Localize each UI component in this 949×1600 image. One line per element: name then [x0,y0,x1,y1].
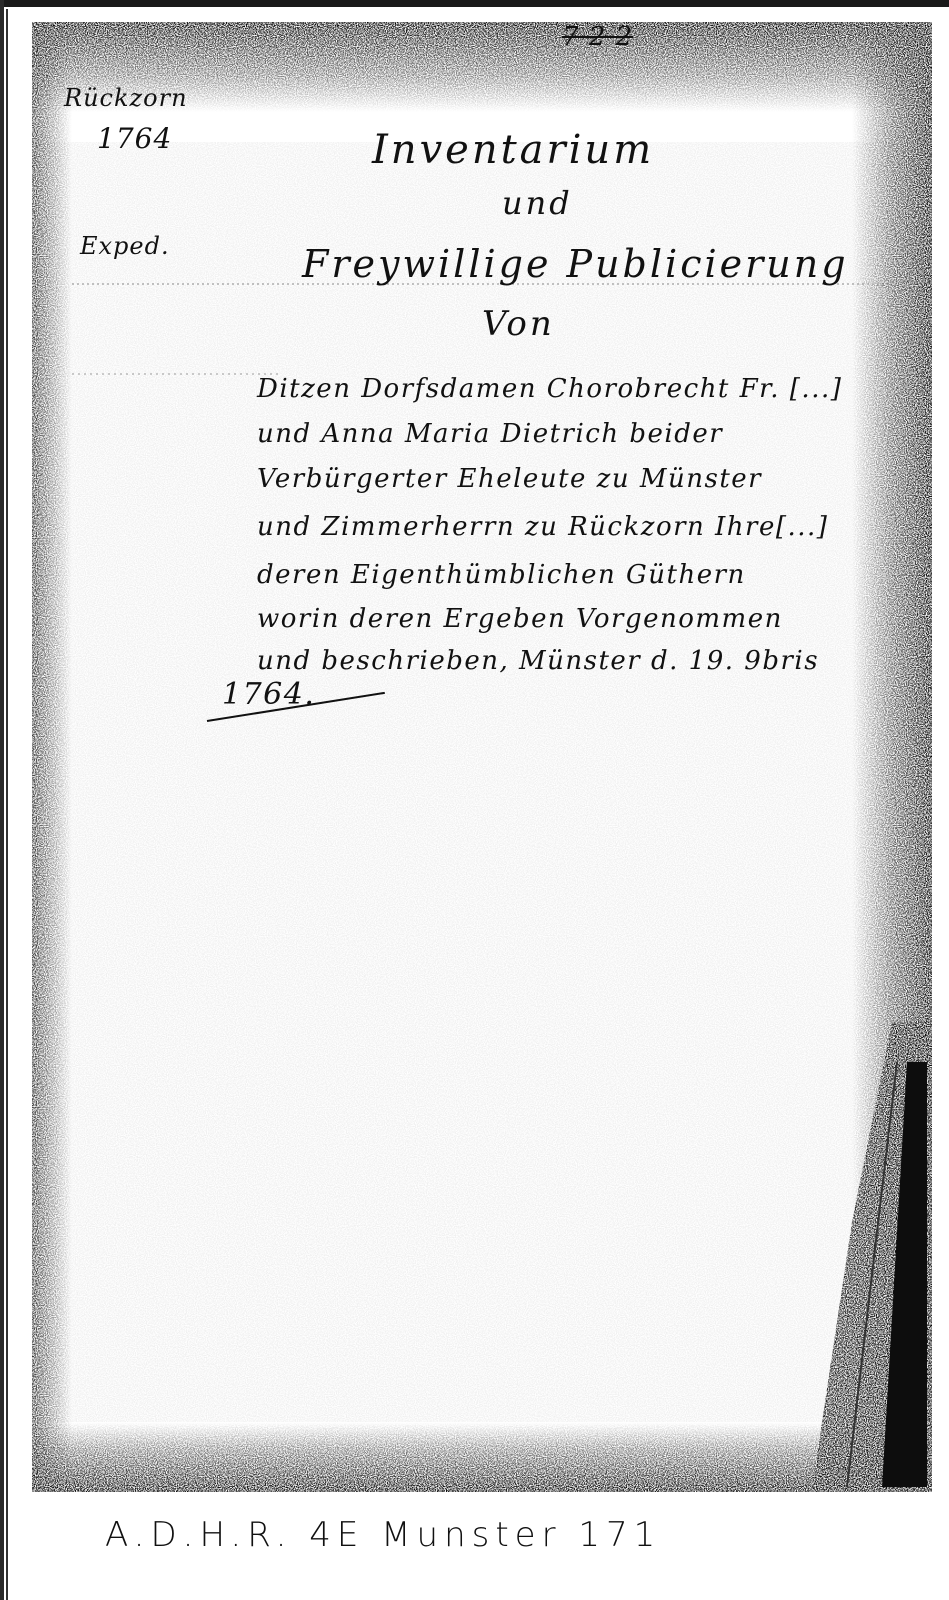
body-line-5: deren Eigenthümblichen Güthern [257,560,746,590]
body-line-3: Verbürgerter Eheleute zu Münster [257,464,762,494]
archive-reference: A.D.H.R. 4E Munster 171 [105,1515,661,1555]
title-von: Von [482,304,555,344]
struck-page-number: 7 2 2 [562,22,633,52]
title-freywillige-publicierung: Freywillige Publicierung [302,242,849,286]
body-line-7: und beschrieben, Münster d. 19. 9bris [257,646,819,676]
title-und: und [502,184,573,222]
body-line-4: und Zimmerherrn zu Rückzorn Ihre[...] [257,512,828,542]
scan-top-border [0,0,949,7]
margin-note-expedition: Exped. [80,232,170,260]
margin-note-place: Rückzorn [64,84,188,112]
scan-left-border [0,0,4,1600]
body-line-6: worin deren Ergeben Vorgenommen [257,604,783,634]
title-inventarium: Inventarium [372,127,654,173]
manuscript-scan: 7 2 2 Rückzorn 1764 Exped. Inventarium u… [32,22,932,1492]
body-line-2: und Anna Maria Dietrich beider [257,419,723,449]
body-line-1: Ditzen Dorfsdamen Chorobrecht Fr. [...] [257,374,842,404]
margin-note-year: 1764 [97,122,172,155]
